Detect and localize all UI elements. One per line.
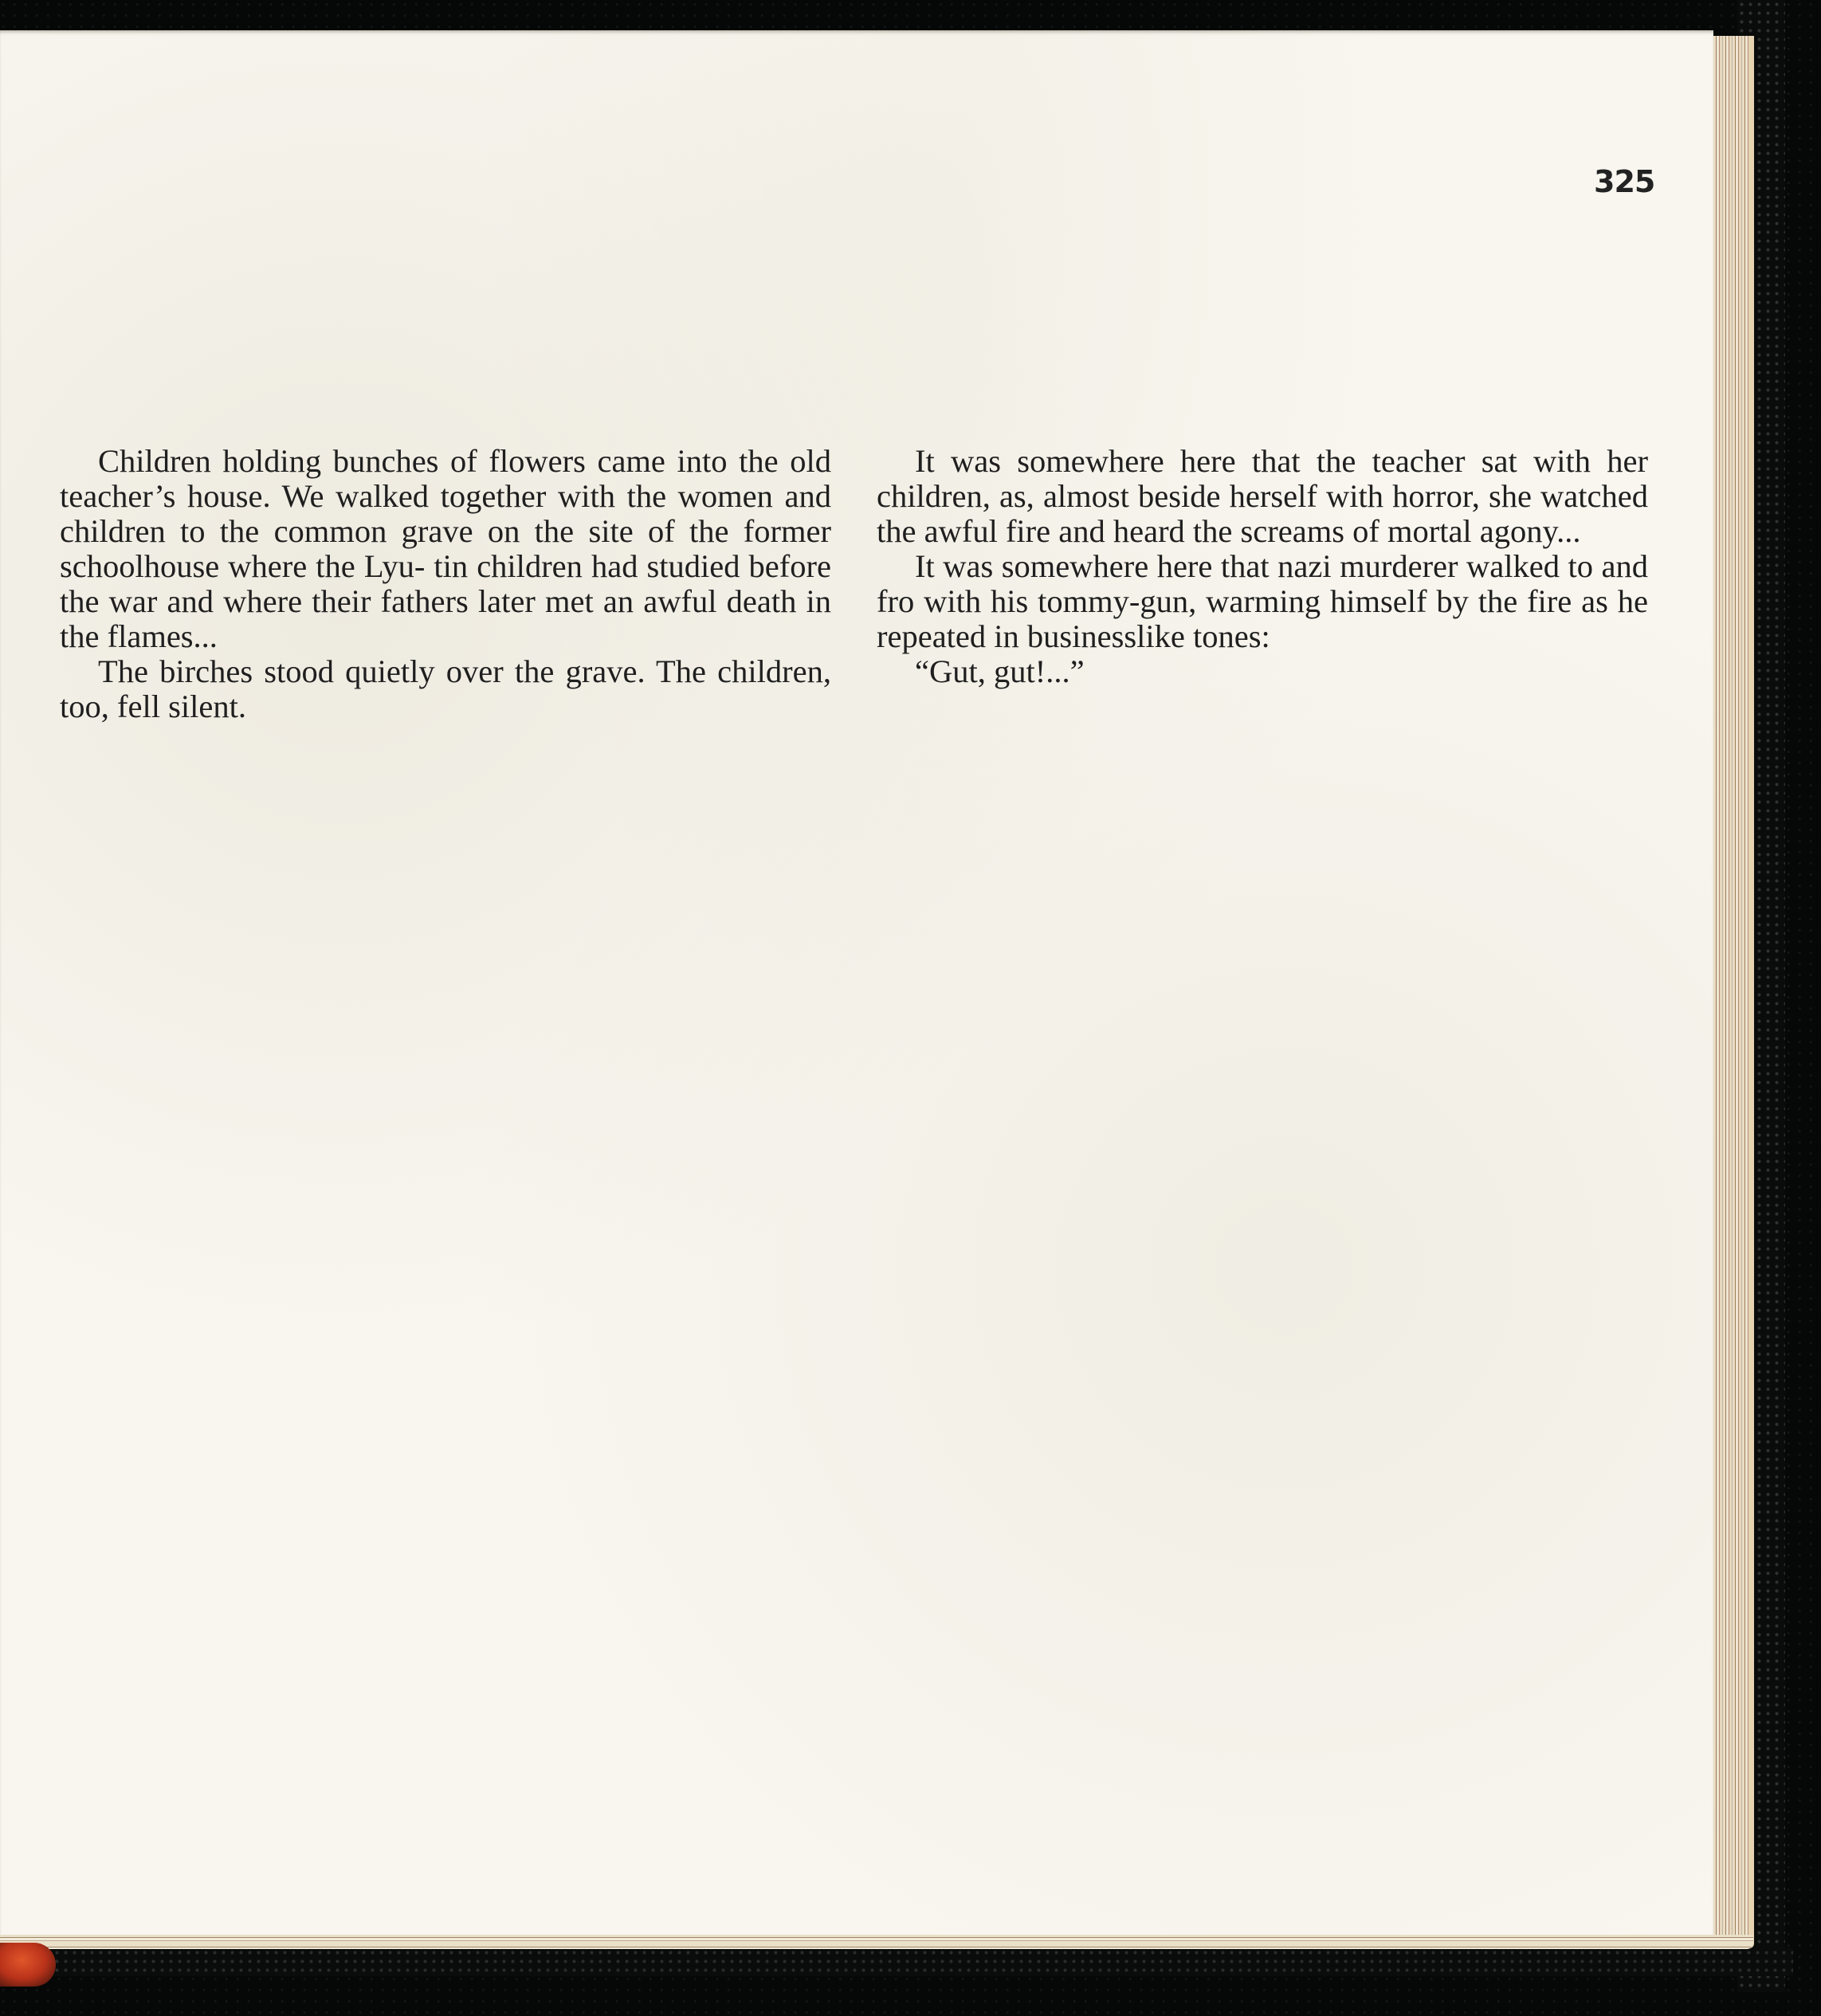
page-stack-edge [1713,36,1754,1948]
paragraph: It was somewhere here that nazi murderer… [877,549,1648,654]
page-stack-bottom-edge [0,1935,1753,1949]
book-cover-bottom-edge [0,1948,1793,1976]
book-page: 325 Children holding bunches of flowers … [0,30,1713,1935]
bookmark-ribbon-icon [0,1943,56,1987]
paragraph: Children holding bunches of flowers came… [60,444,831,654]
page-number: 325 [1594,164,1654,199]
text-column-right: It was somewhere here that the teacher s… [877,444,1648,689]
text-column-left: Children holding bunches of flowers came… [60,444,831,724]
paragraph: The birches stood quietly over the grave… [60,654,831,724]
paragraph: It was somewhere here that the teacher s… [877,444,1648,549]
paragraph: “Gut, gut!...” [877,654,1648,689]
